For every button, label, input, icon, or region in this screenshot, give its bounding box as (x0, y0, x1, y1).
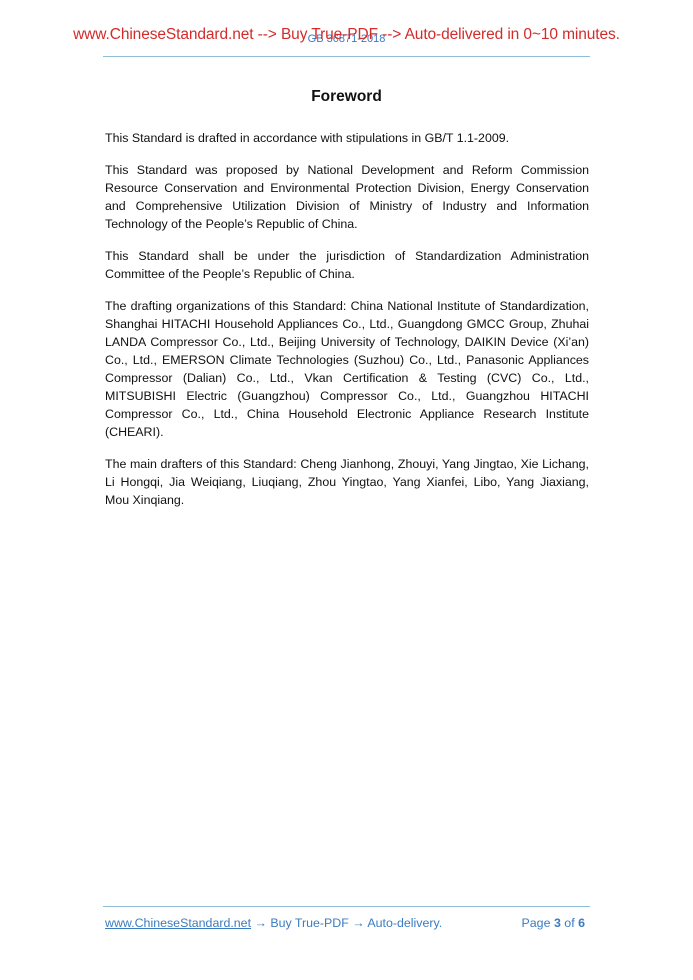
page-footer: www.ChineseStandard.net → Buy True-PDF →… (105, 916, 585, 930)
page-label: Page (522, 916, 551, 930)
paragraph-main-drafters: The main drafters of this Standard: Chen… (105, 455, 589, 509)
auto-delivery-text: Auto-delivery. (367, 916, 442, 930)
arrow-right-icon: → (251, 916, 270, 930)
page-indicator: Page 3 of 6 (522, 916, 585, 930)
buy-pdf-text: Buy True-PDF (270, 916, 349, 930)
of-label: of (564, 916, 574, 930)
footer-divider (103, 906, 590, 907)
page-title: Foreword (0, 88, 693, 106)
header-divider (103, 56, 590, 57)
paragraph-drafting-organizations: The drafting organizations of this Stand… (105, 297, 589, 441)
promo-banner: www.ChineseStandard.net --> Buy True-PDF… (0, 26, 693, 44)
document-body: This Standard is drafted in accordance w… (105, 129, 589, 523)
current-page-number: 3 (554, 916, 561, 930)
paragraph-proposer: This Standard was proposed by National D… (105, 161, 589, 233)
website-link[interactable]: www.ChineseStandard.net (105, 916, 251, 930)
paragraph-drafting-rules: This Standard is drafted in accordance w… (105, 129, 589, 147)
arrow-right-icon: → (349, 916, 368, 930)
paragraph-jurisdiction: This Standard shall be under the jurisdi… (105, 247, 589, 283)
total-pages-number: 6 (578, 916, 585, 930)
